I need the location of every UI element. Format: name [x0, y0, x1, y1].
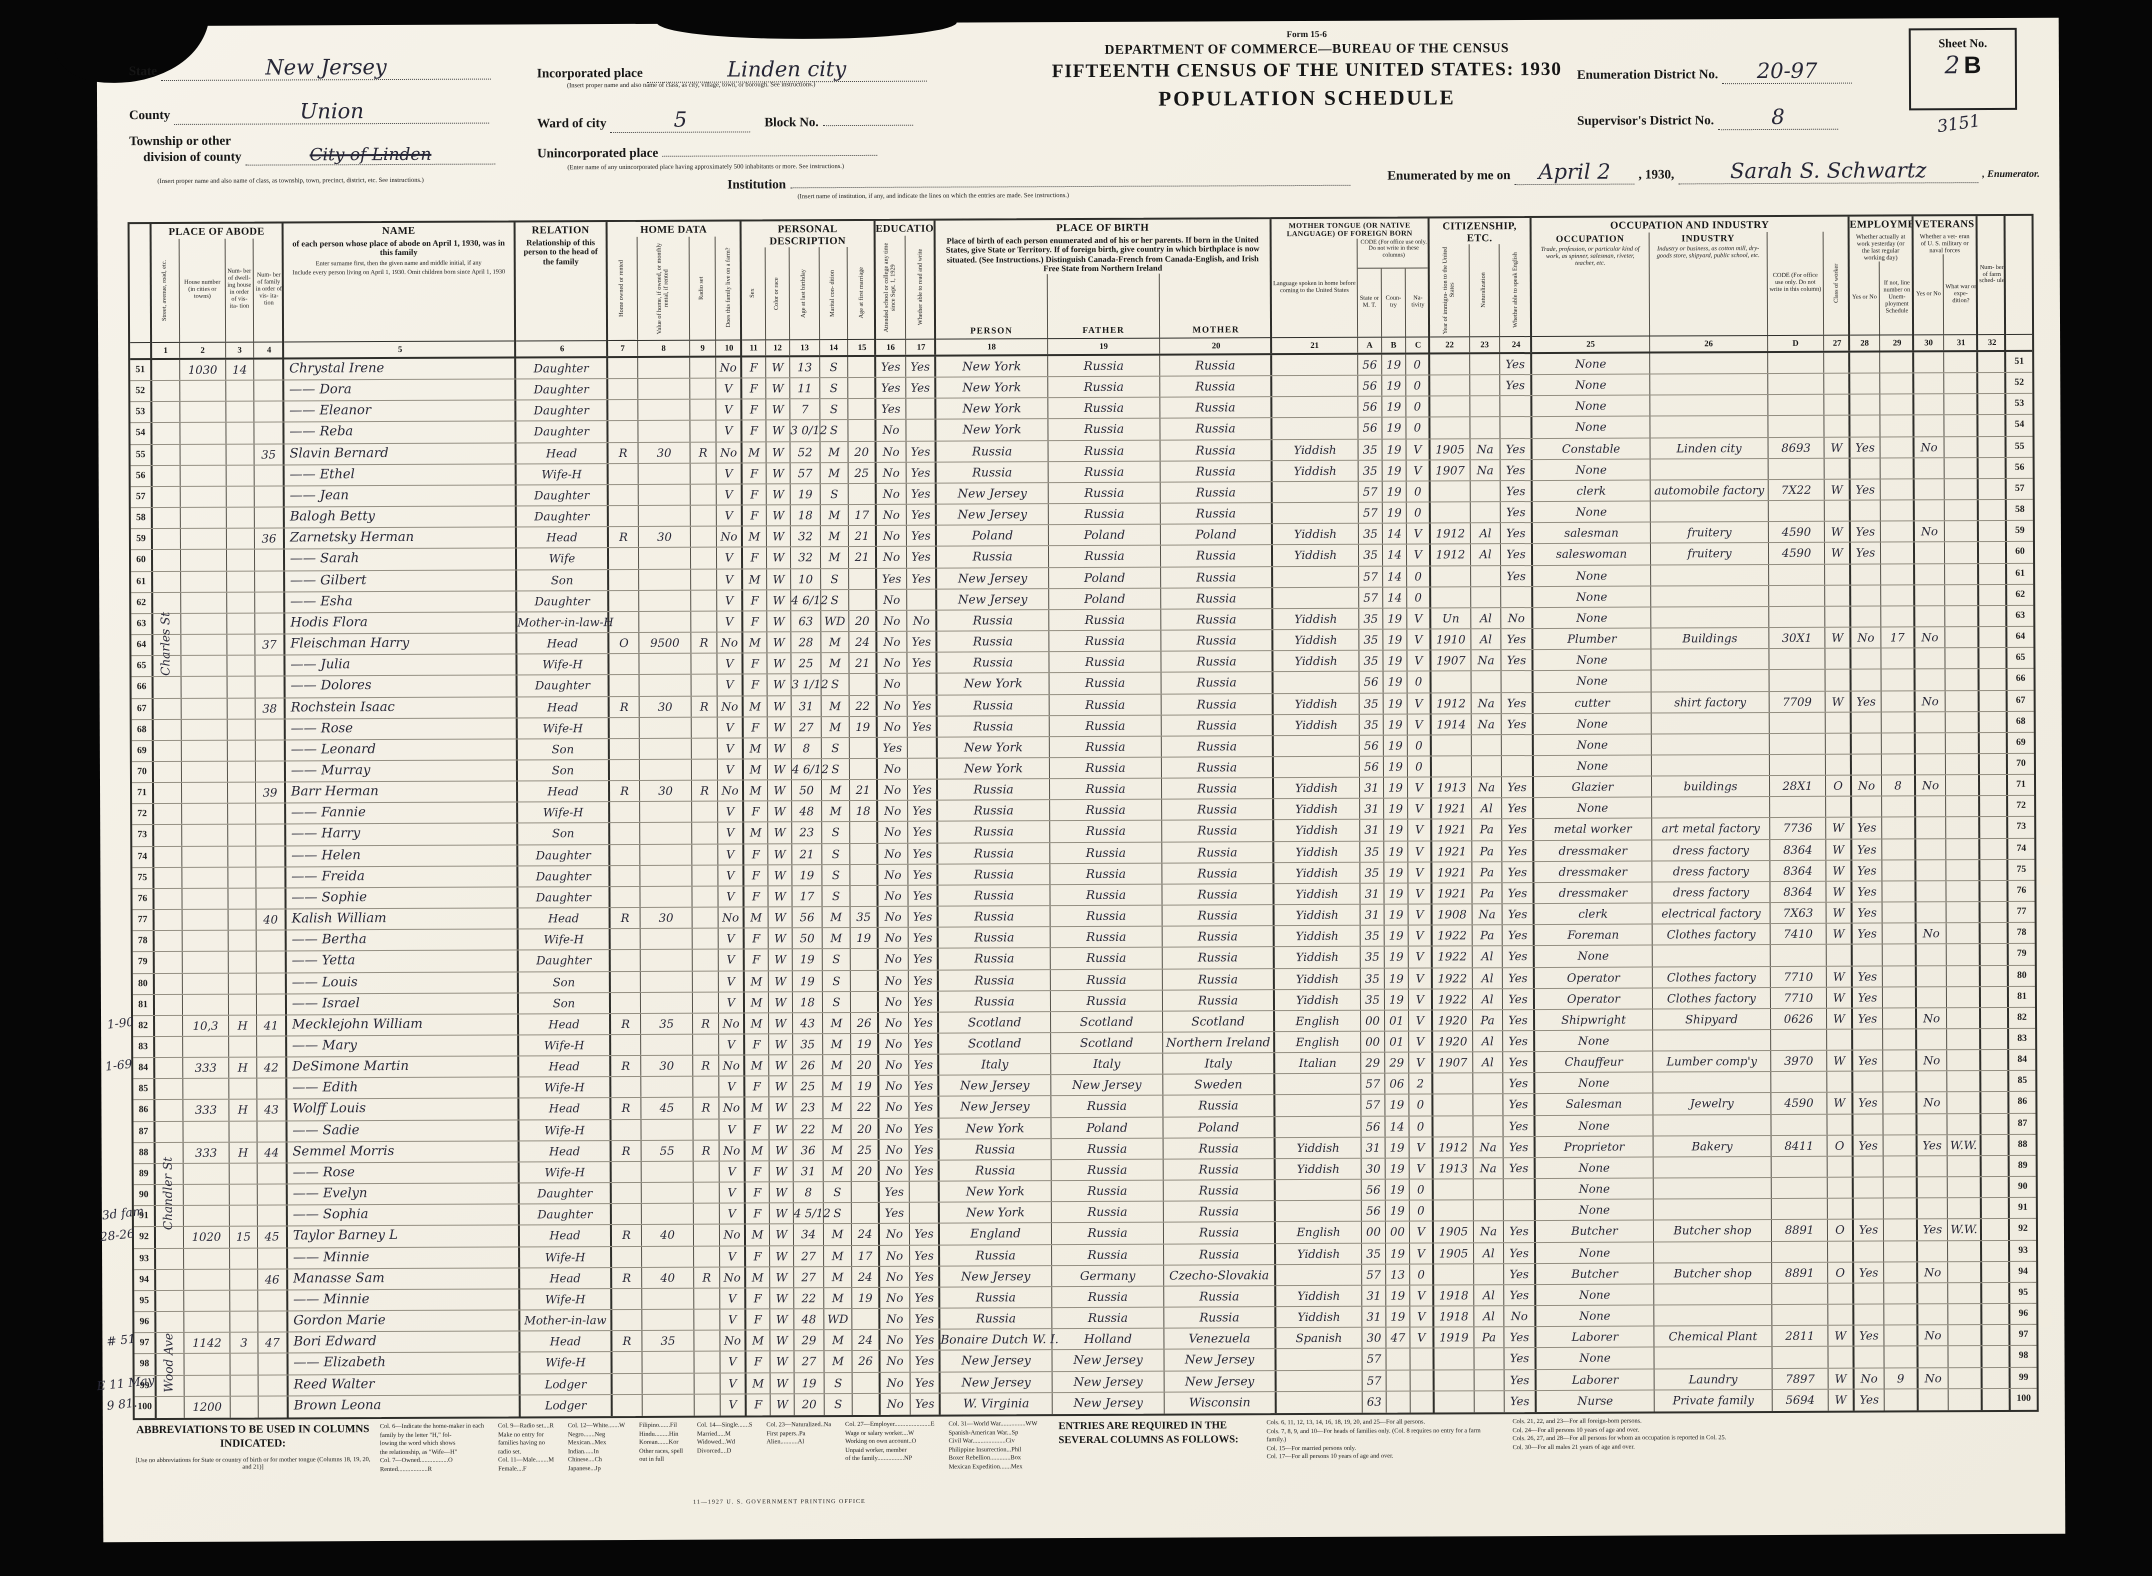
cell-name: Chrystal Irene	[284, 358, 516, 379]
sd-value: 8	[1771, 105, 1784, 129]
cell-vet	[1914, 395, 1944, 415]
cell-eng: Yes	[1503, 1116, 1535, 1136]
cell-tongue: Yiddish	[1275, 989, 1361, 1010]
column-label-mar: Marital con- dition	[820, 247, 848, 339]
cell-name: —— Rose	[286, 718, 518, 739]
cell-house	[180, 381, 226, 401]
cell-nat	[1475, 1391, 1505, 1412]
cell-name: Bori Edward	[288, 1332, 520, 1353]
cell-bpf: Russia	[1052, 1223, 1164, 1244]
cell-cC: 0	[1407, 481, 1431, 501]
abbreviation-block: Col. 23—Naturalized..NaFirst papers..PaA…	[759, 1413, 838, 1472]
cell-age: 4 5/12	[794, 1203, 824, 1223]
column-group	[130, 224, 153, 358]
cell-lnR: 60	[2007, 542, 2033, 562]
cell-age: 25	[791, 653, 821, 673]
cell-eng: Yes	[1503, 968, 1535, 988]
cell-sex: F	[742, 400, 766, 420]
cell-agem: 21	[850, 780, 878, 800]
cell-war	[1946, 818, 1980, 838]
cell-sex: F	[742, 357, 766, 377]
cell-rw: Yes	[908, 695, 938, 715]
cell-farm: V	[716, 379, 742, 399]
cell-emp	[1853, 945, 1883, 965]
cell-emp: Yes	[1853, 924, 1883, 944]
cell-fam	[256, 825, 286, 845]
cell-fsched	[1981, 1092, 2009, 1112]
cell-cC: 0	[1410, 1180, 1434, 1200]
state-value: New Jersey	[265, 55, 387, 80]
cell-bpm: Northern Ireland	[1163, 1032, 1275, 1053]
cell-ind	[1651, 565, 1769, 586]
cell-cA: 56	[1360, 757, 1384, 777]
cell-cA: 31	[1360, 799, 1384, 819]
cell-lnR: 53	[2006, 394, 2032, 414]
cell-sex: M	[743, 569, 767, 589]
cell-dwell	[228, 783, 256, 803]
cell-war	[1948, 1283, 1982, 1303]
cell-house	[183, 1121, 229, 1141]
cell-bpf: Russia	[1052, 1308, 1164, 1329]
cell-bpf: Russia	[1049, 610, 1161, 631]
cell-name: —— Reba	[284, 422, 516, 443]
cell-sch: No	[878, 822, 908, 842]
cell-val	[642, 1310, 694, 1330]
cell-lnR: 88	[2010, 1135, 2036, 1155]
cell-street	[153, 466, 181, 486]
hole-punch	[2038, 868, 2052, 886]
cell-street	[153, 508, 181, 528]
cell-street	[154, 889, 182, 909]
cell-name: Manasse Sam	[288, 1268, 520, 1289]
cell-val	[638, 421, 690, 441]
cell-sch: No	[878, 865, 908, 885]
column-number: 19	[1048, 339, 1160, 354]
cell-empl	[1882, 670, 1916, 690]
cell-lnR: 57	[2007, 479, 2033, 499]
cell-bpp: Italy	[939, 1054, 1051, 1075]
enumerator-suffix: , Enumerator.	[1982, 169, 2040, 180]
scanned-census-page: { "page": {"bg": "#060606", "paper": "#f…	[0, 0, 2152, 1576]
cell-codeD	[1769, 607, 1825, 627]
cell-own	[611, 929, 641, 949]
cell-radio	[693, 1119, 719, 1139]
cell-mar: M	[824, 1288, 852, 1308]
cell-dwell	[229, 1121, 257, 1141]
cell-radio	[694, 1183, 720, 1203]
cell-tongue: Yiddish	[1273, 461, 1359, 482]
cell-sch: No	[879, 928, 909, 948]
cell-race: W	[767, 653, 791, 673]
cell-sch: No	[879, 970, 909, 990]
column-group: RELATIONRelationship of this person to t…	[516, 222, 609, 356]
cell-fam	[255, 550, 285, 570]
cell-tongue: Yiddish	[1274, 778, 1360, 799]
cell-name: —— Bertha	[287, 930, 519, 951]
cell-sex: F	[746, 1288, 770, 1308]
cell-empl: 17	[1881, 627, 1915, 647]
cell-dwell	[229, 1079, 257, 1099]
cell-eng: Yes	[1502, 841, 1534, 861]
cell-age: 35	[793, 1034, 823, 1054]
cell-fam	[256, 677, 286, 697]
cell-fam	[258, 1311, 288, 1331]
cell-imm	[1434, 1179, 1474, 1199]
cell-fsched	[1980, 712, 2008, 732]
schedule-title: POPULATION SCHEDULE	[987, 85, 1627, 113]
cell-radio	[694, 1288, 720, 1308]
cell-fsched	[1982, 1346, 2010, 1366]
cell-race: W	[766, 378, 790, 398]
abbreviation-block: Col. 14—Single.......SMarried.....MWidow…	[690, 1413, 760, 1472]
cell-radio	[690, 379, 716, 399]
cell-mar: M	[821, 653, 849, 673]
cell-eng: Yes	[1503, 946, 1535, 966]
cell-lnL: 67	[132, 699, 154, 719]
cell-rel: Daughter	[518, 887, 610, 908]
cell-own	[611, 950, 641, 970]
cell-own	[610, 760, 640, 780]
cell-bpm: New Jersey	[1165, 1371, 1277, 1392]
cell-nat: Al	[1471, 523, 1501, 543]
cell-val	[638, 379, 690, 399]
cell-val	[639, 654, 691, 674]
cell-lnR: 52	[2006, 373, 2032, 393]
cell-bpf: Russia	[1049, 546, 1161, 567]
cell-codeD	[1772, 1305, 1828, 1325]
cell-eng: Yes	[1503, 1052, 1535, 1072]
sd-label: Supervisor's District No.	[1577, 112, 1714, 128]
cell-emp	[1853, 1030, 1883, 1050]
cell-ind	[1654, 1157, 1772, 1178]
cell-imm: 1907	[1431, 650, 1471, 670]
cell-agem: 20	[851, 1055, 879, 1075]
cell-name: —— Leonard	[286, 739, 518, 760]
cell-house	[182, 825, 228, 845]
cell-eng: Yes	[1504, 1221, 1536, 1241]
cell-sex: F	[745, 1119, 769, 1139]
cell-eng: Yes	[1504, 1285, 1536, 1305]
column-label-ind: INDUSTRYIndustry or business, as cotton …	[1650, 232, 1768, 336]
cell-dwell	[228, 846, 256, 866]
cell-bpm: Russia	[1160, 376, 1272, 397]
cell-bpm: Russia	[1162, 736, 1274, 757]
cell-lnL: 53	[130, 402, 152, 422]
cell-street	[155, 995, 183, 1015]
cell-tongue	[1273, 482, 1359, 503]
cell-race: W	[771, 1394, 795, 1415]
cell-street	[155, 1016, 183, 1036]
column-label-sex: Sex	[742, 247, 766, 339]
cell-imm	[1430, 375, 1470, 395]
cell-age: 27	[794, 1351, 824, 1371]
cell-lnL: 88	[134, 1143, 156, 1163]
cell-cB	[1387, 1370, 1411, 1390]
cell-radio	[691, 527, 717, 547]
cell-fam: 36	[255, 529, 285, 549]
cell-lnR: 64	[2007, 627, 2033, 647]
cell-imm: 1905	[1431, 439, 1471, 459]
cell-age: 8	[794, 1182, 824, 1202]
cell-bpm: Russia	[1161, 609, 1273, 630]
cell-val	[642, 1204, 694, 1224]
cell-rw: Yes	[909, 1012, 939, 1032]
cell-name: —— Ethel	[285, 464, 517, 485]
cell-fsched	[1980, 669, 2008, 689]
cell-own: R	[611, 1056, 641, 1076]
cell-vet	[1917, 966, 1947, 986]
cell-ind: buildings	[1652, 776, 1770, 797]
entries-title: ENTRIES ARE REQUIRED IN THE SEVERAL COLU…	[1058, 1419, 1258, 1462]
cell-bpf: Russia	[1051, 1096, 1163, 1117]
cell-name: Taylor Barney L	[288, 1226, 520, 1247]
cell-occ: Foreman	[1535, 925, 1653, 946]
cell-codeD: 8891	[1772, 1262, 1828, 1282]
cell-own	[609, 464, 639, 484]
cell-name: —— Sophia	[288, 1205, 520, 1226]
cell-farm: V	[717, 463, 743, 483]
cell-lnR: 82	[2009, 1008, 2035, 1028]
cell-bpf: Holland	[1052, 1329, 1164, 1350]
cell-cB: 19	[1383, 460, 1407, 480]
cell-bpp: New York	[940, 1202, 1052, 1223]
cell-radio	[694, 1246, 720, 1266]
cell-farm: V	[720, 1183, 746, 1203]
cell-cA: 57	[1359, 482, 1383, 502]
cell-nat: Na	[1472, 693, 1502, 713]
cell-ind	[1653, 1115, 1771, 1136]
cell-mar: S	[824, 1203, 852, 1223]
cell-cls	[1825, 458, 1851, 478]
column-number: C	[1406, 337, 1430, 352]
cell-dwell	[228, 677, 256, 697]
cell-cC: 0	[1406, 376, 1430, 396]
cell-name: —— Esha	[285, 591, 517, 612]
cell-eng: Yes	[1501, 523, 1533, 543]
cell-house: 1200	[185, 1396, 231, 1417]
cell-house	[184, 1312, 230, 1332]
cell-radio	[690, 421, 716, 441]
column-label-rw: Whether able to read and write	[906, 235, 936, 339]
column-number: 21	[1272, 338, 1358, 353]
cell-lnL: 57	[131, 487, 153, 507]
cell-age: 22	[794, 1288, 824, 1308]
cell-bpm: Russia	[1162, 715, 1274, 736]
cell-race: W	[768, 865, 792, 885]
cell-lnR: 70	[2008, 754, 2034, 774]
cell-occ: Butcher	[1536, 1263, 1654, 1284]
cell-farm: V	[718, 802, 744, 822]
cell-empl	[1883, 1008, 1917, 1028]
cell-tongue	[1276, 1264, 1362, 1285]
cell-tongue: Italian	[1275, 1053, 1361, 1074]
cell-radio	[693, 992, 719, 1012]
cell-nat: Na	[1472, 714, 1502, 734]
cell-rel: Head	[517, 633, 609, 654]
cell-cA: 30	[1362, 1328, 1386, 1348]
cell-lnL: 86	[133, 1101, 155, 1121]
cell-codeD	[1771, 1072, 1827, 1092]
cell-bpp: New York	[936, 377, 1048, 398]
cell-bpm: Russia	[1164, 1244, 1276, 1265]
cell-lnL: 85	[133, 1079, 155, 1099]
cell-bpf: Russia	[1052, 1244, 1164, 1265]
cell-cC: V	[1407, 460, 1431, 480]
cell-cB: 19	[1386, 1285, 1410, 1305]
cell-lnR: 79	[2009, 944, 2035, 964]
cell-cB: 19	[1385, 1095, 1409, 1115]
cell-empl	[1883, 1029, 1917, 1049]
abbreviation-block: Col. 27—Employer.......................E…	[838, 1413, 942, 1472]
cell-bpf: Russia	[1052, 1160, 1164, 1181]
institution-label: Institution	[727, 176, 786, 191]
column-label-agem: Age at first marriage	[848, 247, 876, 339]
cell-tongue: Yiddish	[1274, 693, 1360, 714]
cell-rw	[908, 759, 938, 779]
cell-cls	[1827, 1114, 1853, 1134]
cell-dwell	[230, 1164, 258, 1184]
cell-imm	[1433, 1095, 1473, 1115]
cell-cC: 0	[1409, 1116, 1433, 1136]
cell-rel: Head	[520, 1225, 612, 1246]
cell-cls: W	[1826, 860, 1852, 880]
cell-own	[611, 1120, 641, 1140]
cell-cB: 19	[1385, 926, 1409, 946]
cell-street	[156, 1291, 184, 1311]
cell-codeD: 4590	[1771, 1093, 1827, 1113]
cell-cB: 19	[1385, 989, 1409, 1009]
cell-agem: 26	[851, 1013, 879, 1033]
cell-dwell	[229, 910, 257, 930]
cell-imm	[1432, 735, 1472, 755]
cell-farm: V	[718, 823, 744, 843]
cell-cC: V	[1409, 905, 1433, 925]
cell-eng	[1501, 587, 1533, 607]
column-number: A	[1358, 338, 1382, 353]
cell-tongue: Yiddish	[1276, 1286, 1362, 1307]
cell-agem: 24	[849, 632, 877, 652]
cell-race: W	[770, 1204, 794, 1224]
cell-val	[642, 1183, 694, 1203]
cell-sch: No	[880, 1140, 910, 1160]
cell-bpp: New Jersey	[937, 483, 1049, 504]
cell-sch: No	[878, 843, 908, 863]
cell-codeD: 7897	[1773, 1368, 1829, 1388]
cell-war	[1946, 775, 1980, 795]
cell-mar: M	[824, 1351, 852, 1371]
cell-house	[185, 1375, 231, 1395]
cell-race: W	[766, 357, 790, 377]
cell-rel: Wife-H	[520, 1247, 612, 1268]
cell-rel: Son	[518, 760, 610, 781]
cell-rel: Wife-H	[519, 1120, 611, 1141]
cell-cB: 19	[1386, 1180, 1410, 1200]
group-description: of each person whose place of abode on A…	[284, 237, 514, 258]
cell-sch: No	[879, 991, 909, 1011]
cell-mar: S	[823, 971, 851, 991]
cell-rw: Yes	[909, 949, 939, 969]
cell-rel: Wife-H	[519, 929, 611, 950]
cell-age: 27	[794, 1267, 824, 1287]
cell-cA: 35	[1359, 439, 1383, 459]
cell-lnL: 76	[132, 889, 154, 909]
cell-emp	[1854, 1156, 1884, 1176]
cell-street	[155, 931, 183, 951]
cell-tongue: Yiddish	[1276, 1243, 1362, 1264]
cell-war	[1948, 1177, 1982, 1197]
cell-war	[1945, 542, 1979, 562]
cell-radio: R	[691, 633, 717, 653]
cell-bpp: England	[940, 1224, 1052, 1245]
cell-age: 43	[793, 1013, 823, 1033]
cell-eng: Yes	[1503, 925, 1535, 945]
cell-nat	[1472, 672, 1502, 692]
group-title: CITIZENSHIP, ETC.	[1430, 218, 1530, 245]
cell-fsched	[1982, 1156, 2010, 1176]
cell-bpp: Russia	[937, 462, 1049, 483]
cell-rel: Son	[518, 823, 610, 844]
abbreviations-note: [Use no abbreviations for State or count…	[133, 1456, 373, 1472]
cell-age: 34	[794, 1225, 824, 1245]
cell-cB: 19	[1383, 608, 1407, 628]
cell-cls: W	[1826, 839, 1852, 859]
cell-farm: No	[719, 1013, 745, 1033]
entries-note: Cols. 7, 8, 9, and 10—For heads of famil…	[1266, 1427, 1496, 1445]
cell-fsched	[1979, 458, 2007, 478]
cell-occ: None	[1534, 713, 1652, 734]
cell-vet	[1915, 648, 1945, 668]
cell-val	[640, 717, 692, 737]
cell-emp	[1851, 585, 1881, 605]
cell-street	[155, 1079, 183, 1099]
cell-house	[184, 1185, 230, 1205]
cell-codeD	[1768, 416, 1824, 436]
cell-cls	[1828, 1199, 1854, 1219]
column-number: 9	[690, 341, 716, 356]
cell-street	[152, 360, 180, 380]
cell-dwell	[227, 508, 255, 528]
cell-sex: F	[743, 611, 767, 631]
cell-cls: W	[1826, 818, 1852, 838]
cell-empl	[1881, 649, 1915, 669]
cell-sch: No	[877, 441, 907, 461]
cell-val	[642, 1162, 694, 1182]
cell-ind: Clothes factory	[1653, 988, 1771, 1009]
cell-farm: V	[716, 421, 742, 441]
cell-own	[609, 506, 639, 526]
cell-lnL: 95	[134, 1291, 156, 1311]
cell-rel: Head	[519, 908, 611, 929]
cell-cC: V	[1407, 524, 1431, 544]
cell-age: 21	[792, 844, 822, 864]
cell-eng: Yes	[1504, 1348, 1536, 1368]
cell-emp: Yes	[1853, 903, 1883, 923]
cell-bpm: Russia	[1162, 673, 1274, 694]
cell-name: —— Israel	[287, 993, 519, 1014]
cell-agem	[848, 399, 876, 419]
cell-agem	[853, 1372, 881, 1392]
cell-empl	[1883, 1114, 1917, 1134]
cell-eng: No	[1504, 1306, 1536, 1326]
cell-lnL: 64	[131, 635, 153, 655]
cell-empl	[1882, 754, 1916, 774]
cell-street	[155, 1058, 183, 1078]
cell-bpp: Russia	[938, 864, 1050, 885]
cell-fsched	[1980, 860, 2008, 880]
column-number: D	[1768, 336, 1824, 351]
cell-cB: 01	[1385, 1010, 1409, 1030]
column-label-war: What war or expe- dition?	[1944, 254, 1978, 334]
